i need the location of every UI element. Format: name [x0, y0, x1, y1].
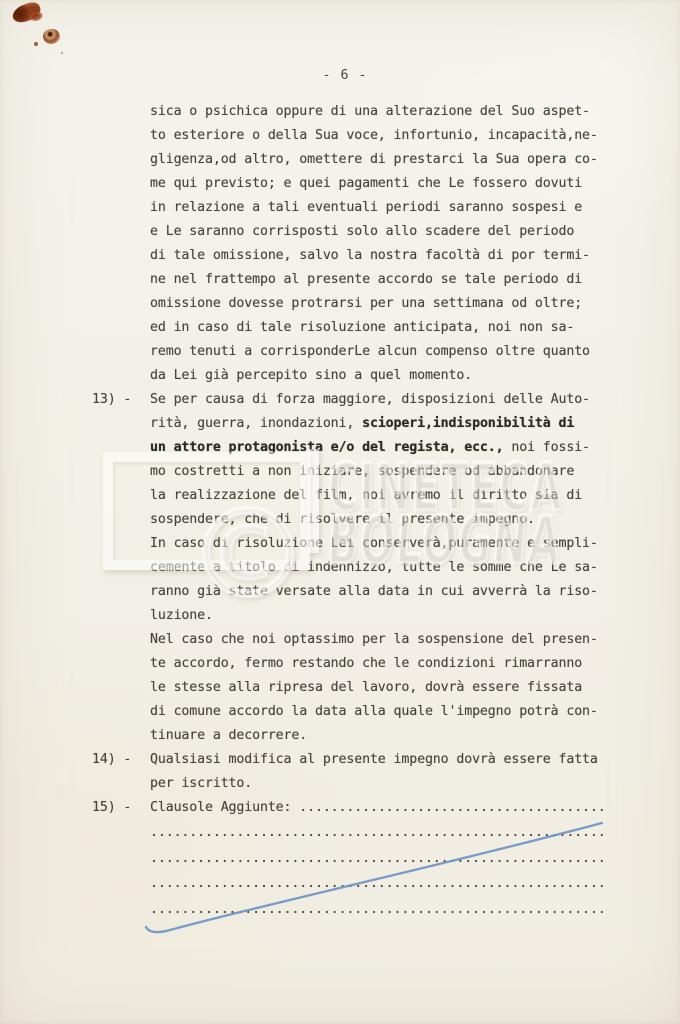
text-line: ........................................…	[150, 871, 628, 897]
text-line: to esteriore o della Sua voce, infortuni…	[150, 124, 628, 148]
text-segment: to esteriore o della Sua voce, infortuni…	[150, 128, 598, 143]
text-line: ........................................…	[150, 897, 628, 923]
emphasized-text: scioperi,indisponibilità di	[362, 416, 574, 431]
emphasized-text: un attore protagonista e/o del regista, …	[150, 440, 504, 455]
text-segment: Clausole Aggiunte:	[150, 800, 299, 815]
text-segment: me qui previsto; e quei pagamenti che Le…	[150, 176, 582, 191]
rust-speck	[34, 42, 38, 46]
text-line: luzione.	[150, 604, 628, 628]
text-line: me qui previsto; e quei pagamenti che Le…	[150, 172, 628, 196]
text-segment: luzione.	[150, 608, 213, 623]
text-segment: Nel caso che noi optassimo per la sospen…	[150, 632, 598, 647]
text-segment: Se per causa di forza maggiore, disposiz…	[150, 392, 590, 407]
text-segment: da Lei già percepito sino a quel momento…	[150, 368, 472, 383]
text-line: 14) -Qualsiasi modifica al presente impe…	[150, 748, 628, 772]
text-segment: sospendere, che di risolvere il presente…	[150, 512, 535, 527]
text-line: te accordo, fermo restando che le condiz…	[150, 652, 628, 676]
text-segment: ne nel frattempo al presente accordo se …	[150, 272, 582, 287]
rust-stain-round	[43, 29, 60, 44]
item-number: 15) -	[92, 796, 131, 820]
text-segment: noi fossi-	[504, 440, 590, 455]
text-line: tinuare a decorrere.	[150, 724, 628, 748]
text-line: da Lei già percepito sino a quel momento…	[150, 364, 628, 388]
text-line: 13) -Se per causa di forza maggiore, dis…	[150, 388, 628, 412]
text-line: e Le saranno corrisposti solo allo scade…	[150, 220, 628, 244]
text-line: in relazione a tali eventuali periodi sa…	[150, 196, 628, 220]
text-segment: Qualsiasi modifica al presente impegno d…	[150, 752, 598, 767]
text-line: remo tenuti a corrisponderLe alcun compe…	[150, 340, 628, 364]
text-segment: di tale omissione, salvo la nostra facol…	[150, 248, 590, 263]
text-line: ranno già state versate alla data in cui…	[150, 580, 628, 604]
text-segment: ed in caso di tale risoluzione anticipat…	[150, 320, 574, 335]
text-line: rità, guerra, inondazioni, scioperi,indi…	[150, 412, 628, 436]
text-line: gligenza,od altro, omettere di prestarci…	[150, 148, 628, 172]
text-line: ne nel frattempo al presente accordo se …	[150, 268, 628, 292]
text-segment: ........................................…	[150, 876, 606, 891]
text-line: Nel caso che noi optassimo per la sospen…	[150, 628, 628, 652]
text-segment: la realizzazione del film, noi avremo il…	[150, 488, 582, 503]
text-line: sica o psichica oppure di una alterazion…	[150, 100, 628, 124]
document-page: - 6 - sica o psichica oppure di una alte…	[0, 0, 680, 1024]
text-line: mo costretti a non iniziare, sospendere …	[150, 460, 628, 484]
item-number: 13) -	[92, 388, 131, 412]
item-number: 14) -	[92, 748, 131, 772]
text-line: le stesse alla ripresa del lavoro, dovrà…	[150, 676, 628, 700]
text-line: di comune accordo la data alla quale l'i…	[150, 700, 628, 724]
text-segment: mo costretti a non iniziare, sospendere …	[150, 464, 574, 479]
text-line: di tale omissione, salvo la nostra facol…	[150, 244, 628, 268]
text-segment: In caso di risoluzione Lei conserverà,pu…	[150, 536, 598, 551]
document-body: sica o psichica oppure di una alterazion…	[150, 100, 628, 922]
text-segment: rità, guerra, inondazioni,	[150, 416, 362, 431]
text-segment: tinuare a decorrere.	[150, 728, 307, 743]
page-number: - 6 -	[0, 68, 680, 83]
text-segment: per iscritto.	[150, 776, 252, 791]
text-segment: te accordo, fermo restando che le condiz…	[150, 656, 582, 671]
text-line: sospendere, che di risolvere il presente…	[150, 508, 628, 532]
text-segment: ........................................…	[150, 825, 606, 840]
text-line: ........................................…	[150, 846, 628, 872]
text-segment: ........................................…	[150, 902, 606, 917]
text-segment: remo tenuti a corrisponderLe alcun compe…	[150, 344, 590, 359]
text-line: omissione dovesse protrarsi per una sett…	[150, 292, 628, 316]
text-line: ........................................…	[150, 820, 628, 846]
text-segment: ranno già state versate alla data in cui…	[150, 584, 598, 599]
rust-speck	[61, 52, 63, 54]
text-segment: sica o psichica oppure di una alterazion…	[150, 104, 590, 119]
text-line: per iscritto.	[150, 772, 628, 796]
text-line: ed in caso di tale risoluzione anticipat…	[150, 316, 628, 340]
text-segment: .......................................	[299, 800, 605, 815]
text-line: un attore protagonista e/o del regista, …	[150, 436, 628, 460]
text-segment: omissione dovesse protrarsi per una sett…	[150, 296, 582, 311]
text-line: la realizzazione del film, noi avremo il…	[150, 484, 628, 508]
text-segment: le stesse alla ripresa del lavoro, dovrà…	[150, 680, 582, 695]
text-segment: cemente a titolo di indennizzo, tutte le…	[150, 560, 598, 575]
text-line: cemente a titolo di indennizzo, tutte le…	[150, 556, 628, 580]
text-line: In caso di risoluzione Lei conserverà,pu…	[150, 532, 628, 556]
text-segment: ........................................…	[150, 851, 606, 866]
text-segment: e Le saranno corrisposti solo allo scade…	[150, 224, 574, 239]
text-segment: in relazione a tali eventuali periodi sa…	[150, 200, 582, 215]
text-segment: di comune accordo la data alla quale l'i…	[150, 704, 598, 719]
text-line: 15) -Clausole Aggiunte: ................…	[150, 796, 628, 820]
text-segment: gligenza,od altro, omettere di prestarci…	[150, 152, 598, 167]
